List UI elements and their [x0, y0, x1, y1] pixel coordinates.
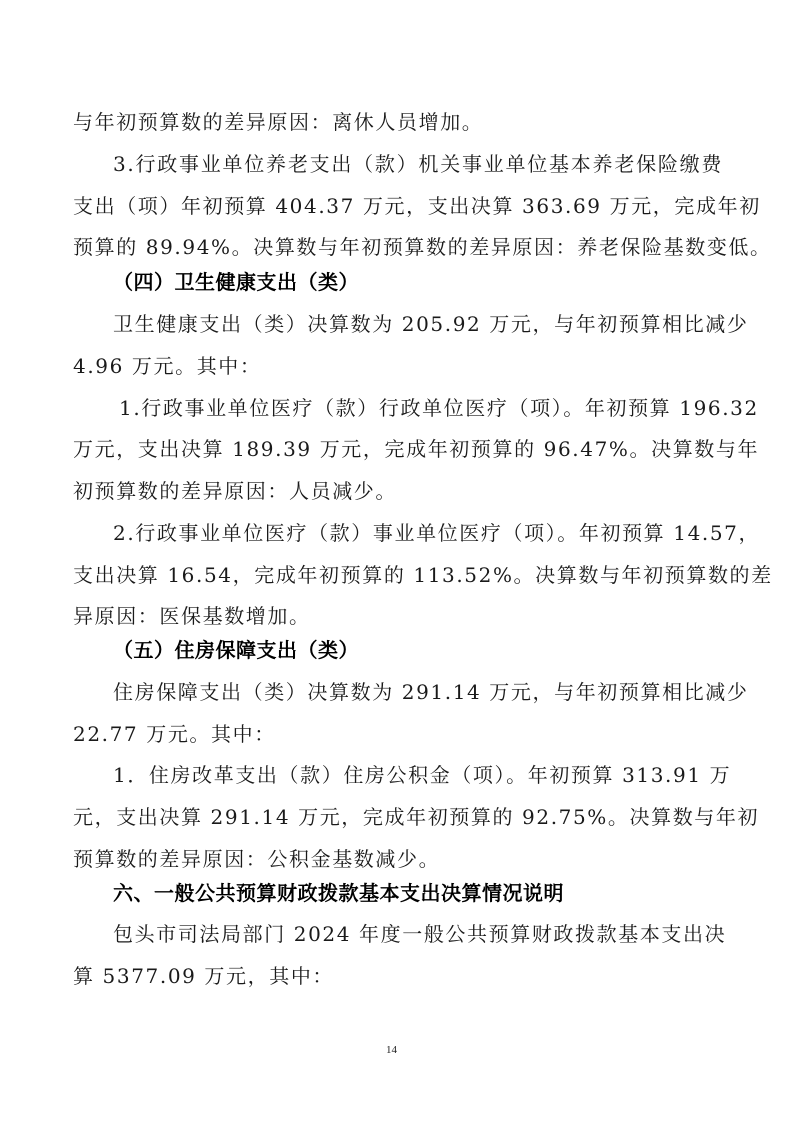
paragraph-line: 预算的 89.94%。决算数与年初预算数的差异原因：养老保险基数变低。	[73, 235, 723, 259]
paragraph-line: 万元，支出决算 189.39 万元，完成年初预算的 96.47%。决算数与年	[73, 437, 723, 461]
paragraph-line: 1．住房改革支出（款）住房公积金（项）。年初预算 313.91 万	[113, 763, 723, 787]
section-heading-basic-expenditure: 六、一般公共预算财政拨款基本支出决算情况说明	[113, 881, 723, 905]
paragraph-line: 初预算数的差异原因：人员减少。	[73, 479, 723, 503]
document-page: 与年初预算数的差异原因：离休人员增加。 3.行政事业单位养老支出（款）机关事业单…	[0, 0, 793, 1122]
paragraph-line: 算 5377.09 万元，其中：	[73, 964, 723, 988]
paragraph-line: 支出（项）年初预算 404.37 万元，支出决算 363.69 万元，完成年初	[73, 194, 723, 218]
paragraph-line: 住房保障支出（类）决算数为 291.14 万元，与年初预算相比减少	[113, 680, 723, 704]
paragraph-line: 与年初预算数的差异原因：离休人员增加。	[73, 110, 723, 134]
paragraph-line: 元，支出决算 291.14 万元，完成年初预算的 92.75%。决算数与年初	[73, 805, 723, 829]
page-number: 14	[386, 1044, 397, 1056]
paragraph-line: 卫生健康支出（类）决算数为 205.92 万元，与年初预算相比减少	[113, 312, 723, 336]
section-heading-housing: （五）住房保障支出（类）	[113, 638, 723, 662]
paragraph-line: 3.行政事业单位养老支出（款）机关事业单位基本养老保险缴费	[113, 152, 723, 176]
paragraph-line: 2.行政事业单位医疗（款）事业单位医疗（项）。年初预算 14.57，	[113, 521, 723, 545]
paragraph-line: 支出决算 16.54，完成年初预算的 113.52%。决算数与年初预算数的差	[73, 563, 723, 587]
paragraph-line: 1.行政事业单位医疗（款）行政单位医疗（项）。年初预算 196.32	[119, 396, 723, 420]
paragraph-line: 包头市司法局部门 2024 年度一般公共预算财政拨款基本支出决	[113, 922, 723, 946]
paragraph-line: 22.77 万元。其中：	[73, 722, 723, 746]
section-heading-health: （四）卫生健康支出（类）	[113, 270, 723, 294]
paragraph-line: 4.96 万元。其中：	[73, 354, 723, 378]
paragraph-line: 异原因：医保基数增加。	[73, 604, 723, 628]
paragraph-line: 预算数的差异原因：公积金基数减少。	[73, 847, 723, 871]
